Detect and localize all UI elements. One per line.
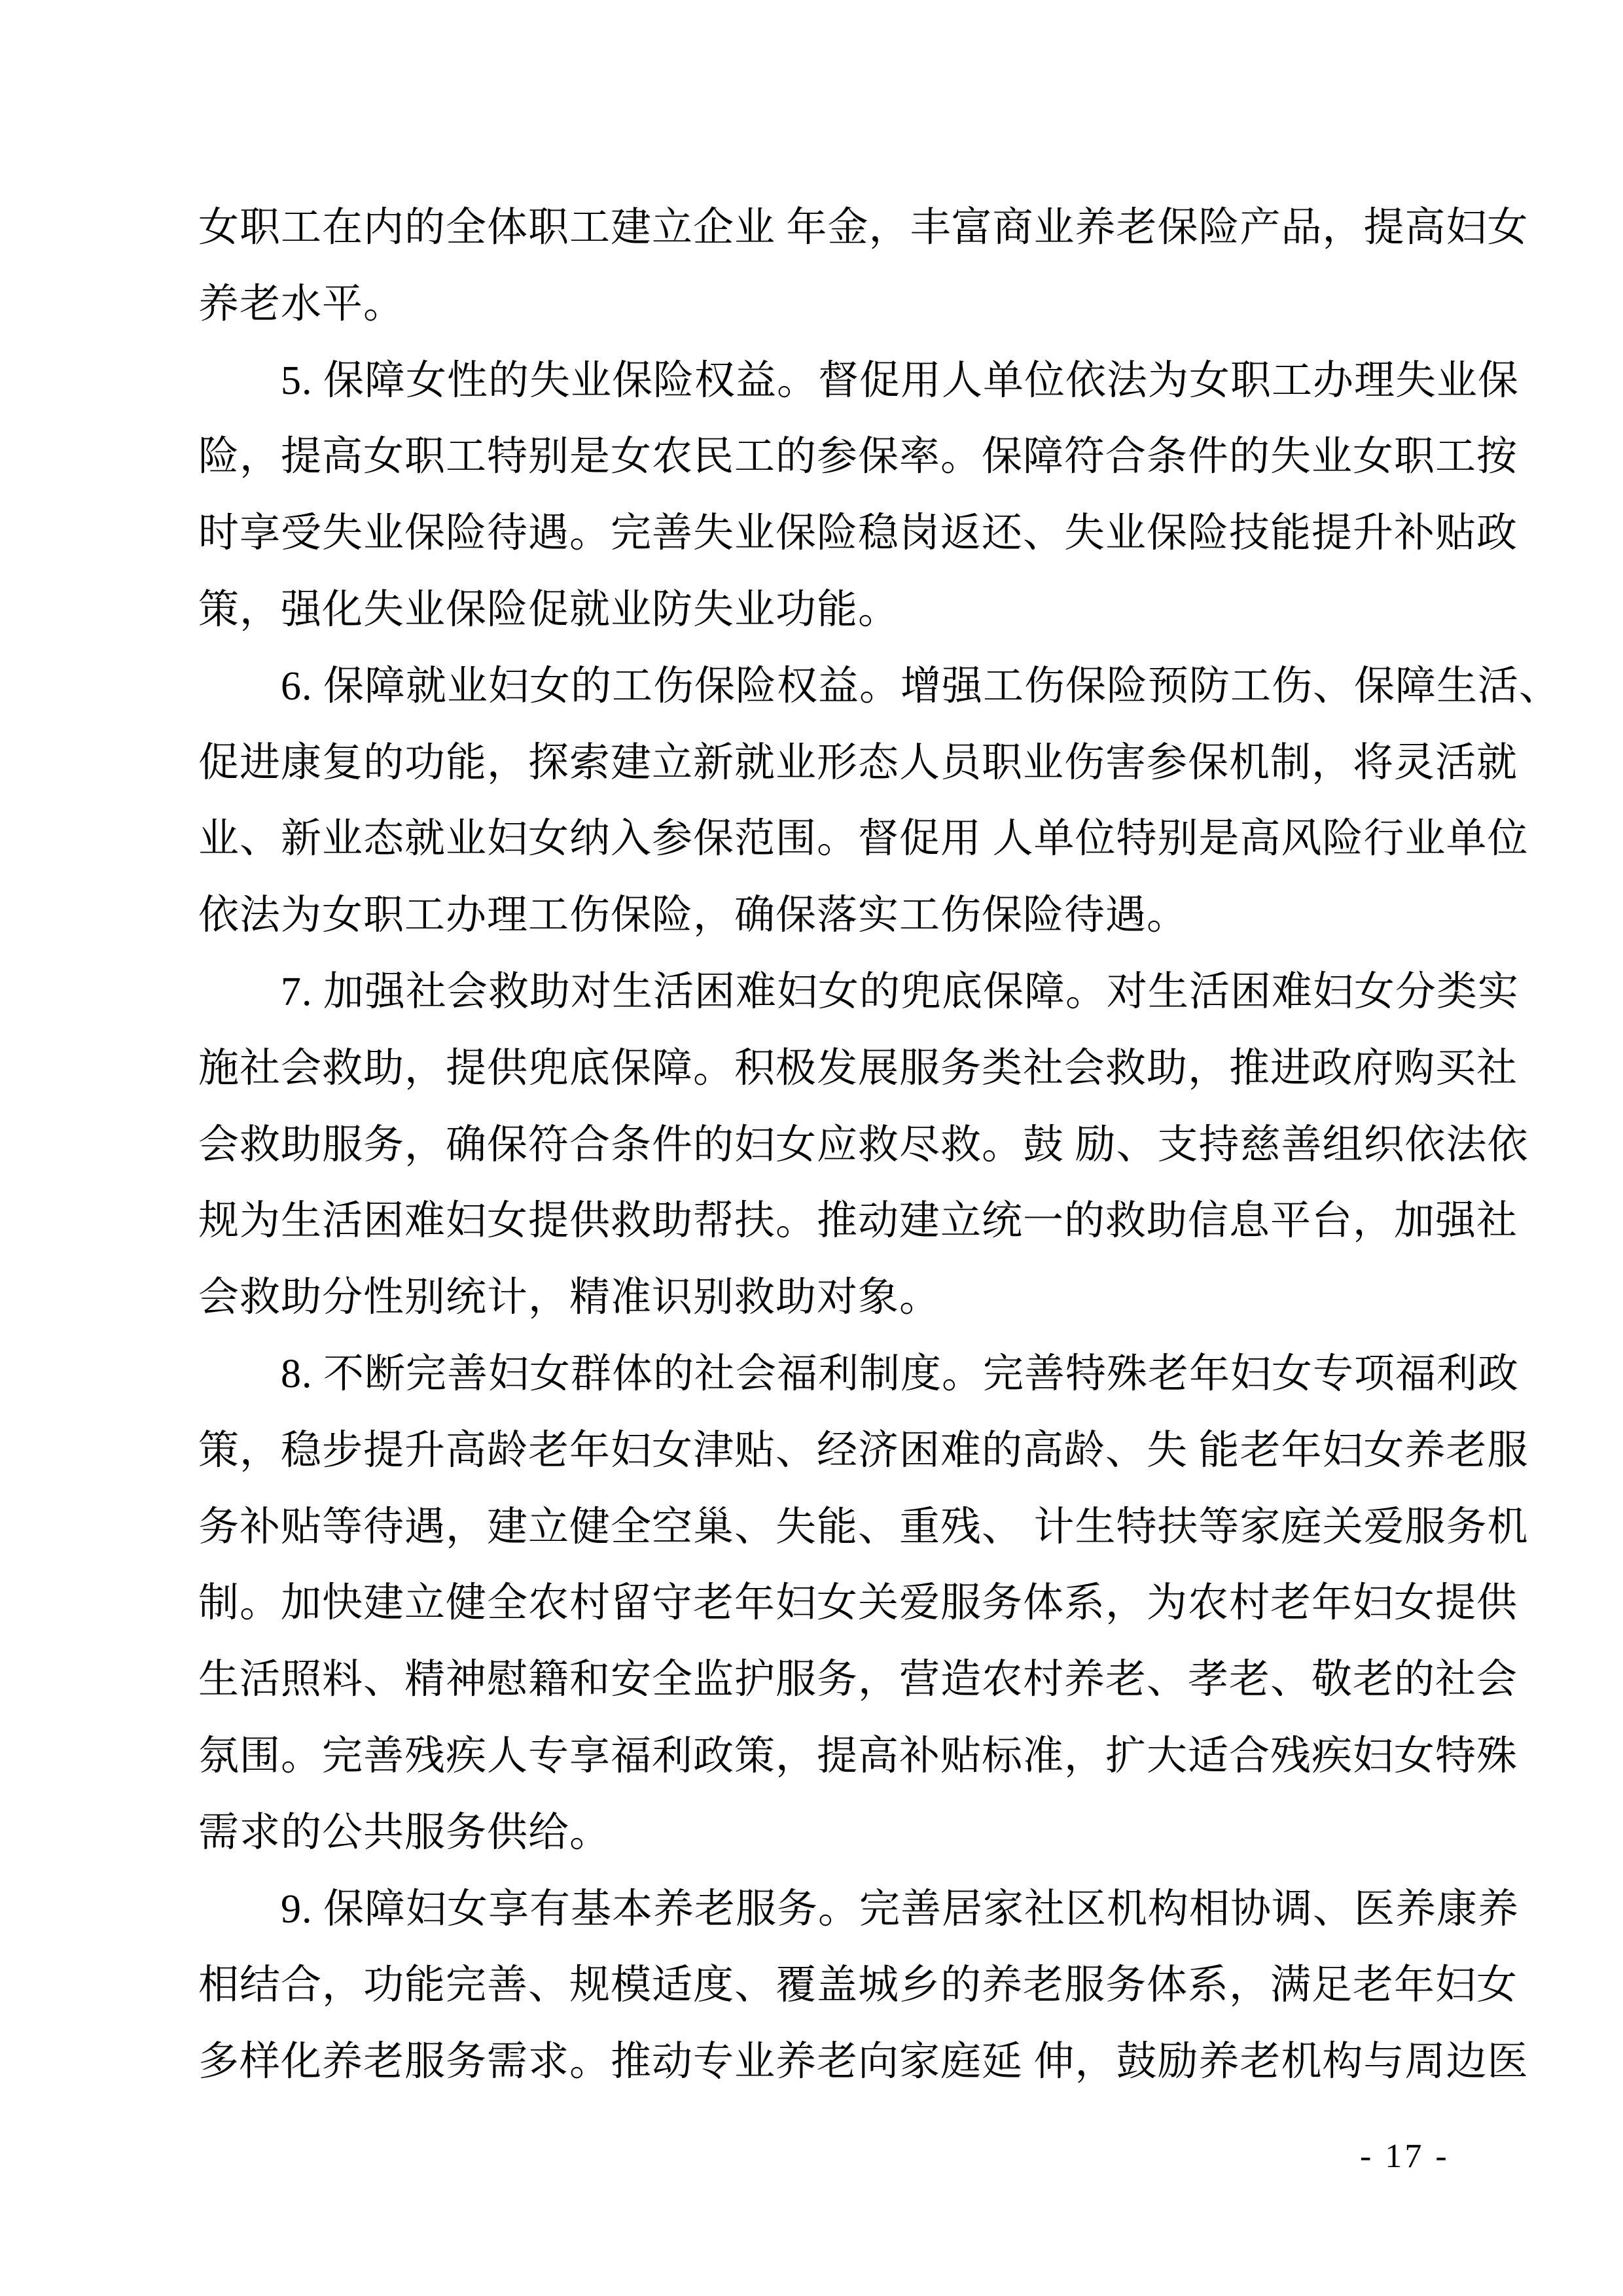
text-line: 时享受失业保险待遇。完善失业保险稳岗返还、失业保险技能提升补贴政 — [198, 495, 1442, 572]
text-line: 相结合，功能完善、规模适度、覆盖城乡的养老服务体系，满足老年妇女 — [198, 1947, 1442, 2024]
text-line: 务补贴等待遇，建立健全空巢、失能、重残、 计生特扶等家庭关爱服务机 — [198, 1489, 1442, 1566]
text-line: 险，提高女职工特别是女农民工的参保率。保障符合条件的失业女职工按 — [198, 419, 1442, 495]
text-line: 6. 保障就业妇女的工伤保险权益。增强工伤保险预防工伤、保障生活、 — [198, 648, 1442, 725]
text-line: 7. 加强社会救助对生活困难妇女的兜底保障。对生活困难妇女分类实 — [198, 954, 1442, 1031]
text-line: 依法为女职工办理工伤保险，确保落实工伤保险待遇。 — [198, 877, 1442, 954]
text-line: 养老水平。 — [198, 266, 1442, 343]
document-body: 女职工在内的全体职工建立企业 年金，丰富商业养老保险产品，提高妇女 养老水平。 … — [198, 190, 1442, 2100]
document-page: 女职工在内的全体职工建立企业 年金，丰富商业养老保险产品，提高妇女 养老水平。 … — [0, 0, 1623, 2296]
text-line: 促进康复的功能，探索建立新就业形态人员职业伤害参保机制，将灵活就 — [198, 725, 1442, 802]
text-line: 女职工在内的全体职工建立企业 年金，丰富商业养老保险产品，提高妇女 — [198, 190, 1442, 266]
text-line: 业、新业态就业妇女纳入参保范围。督促用 人单位特别是高风险行业单位 — [198, 801, 1442, 877]
text-line: 8. 不断完善妇女群体的社会福利制度。完善特殊老年妇女专项福利政 — [198, 1336, 1442, 1413]
page-number: - 17 - — [1360, 2137, 1450, 2176]
text-line: 生活照料、精神慰籍和安全监护服务，营造农村养老、孝老、敬老的社会 — [198, 1642, 1442, 1718]
text-line: 策，强化失业保险促就业防失业功能。 — [198, 572, 1442, 648]
text-line: 施社会救助，提供兜底保障。积极发展服务类社会救助，推进政府购买社 — [198, 1031, 1442, 1107]
text-line: 9. 保障妇女享有基本养老服务。完善居家社区机构相协调、医养康养 — [198, 1871, 1442, 1948]
text-line: 规为生活困难妇女提供救助帮扶。推动建立统一的救助信息平台，加强社 — [198, 1183, 1442, 1260]
text-line: 需求的公共服务供给。 — [198, 1795, 1442, 1871]
text-line: 会救助服务，确保符合条件的妇女应救尽救。鼓 励、支持慈善组织依法依 — [198, 1107, 1442, 1184]
text-line: 多样化养老服务需求。推动专业养老向家庭延 伸，鼓励养老机构与周边医 — [198, 2024, 1442, 2100]
text-line: 5. 保障女性的失业保险权益。督促用人单位依法为女职工办理失业保 — [198, 343, 1442, 419]
text-line: 会救助分性别统计，精准识别救助对象。 — [198, 1260, 1442, 1336]
text-line: 氛围。完善残疾人专享福利政策，提高补贴标准，扩大适合残疾妇女特殊 — [198, 1718, 1442, 1795]
text-line: 制。加快建立健全农村留守老年妇女关爱服务体系，为农村老年妇女提供 — [198, 1565, 1442, 1642]
text-line: 策，稳步提升高龄老年妇女津贴、经济困难的高龄、失 能老年妇女养老服 — [198, 1413, 1442, 1489]
